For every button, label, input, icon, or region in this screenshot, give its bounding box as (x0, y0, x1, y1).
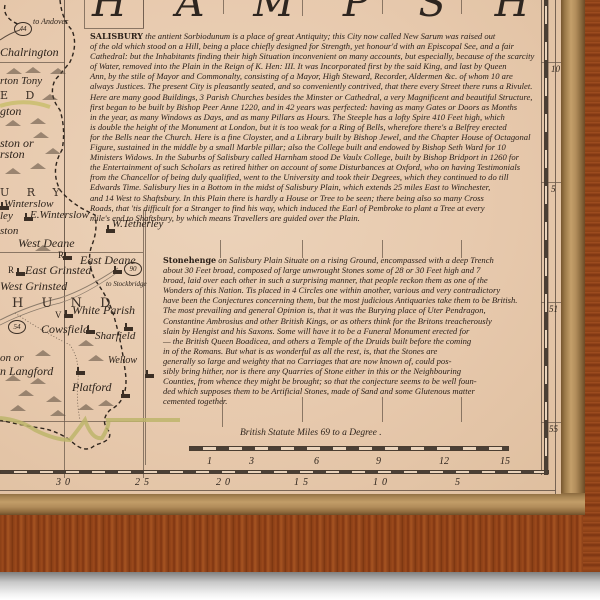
hill-icon (5, 375, 21, 381)
hill-icon (30, 118, 46, 124)
hill-icon (88, 355, 104, 361)
border-tick-label: 5 (551, 184, 556, 194)
map-paper: H A M P S H I R E SALISBURY the antient … (0, 0, 561, 494)
border-tick-label: 51 (549, 304, 558, 314)
label-ston: ston (0, 225, 18, 237)
label-e-winterslow: E.Winterslow (30, 209, 89, 221)
map-linework (0, 0, 561, 494)
church-icon (0, 202, 9, 210)
label-cowsfield: Cowsfield (41, 322, 89, 337)
gilt-slip-bottom (0, 493, 585, 515)
river (0, 418, 180, 440)
hill-icon (50, 68, 66, 74)
hill-icon (45, 148, 61, 154)
hill-icon (35, 245, 51, 251)
church-icon (86, 326, 95, 334)
frame-shadow (0, 572, 600, 600)
hill-icon (78, 340, 94, 346)
scale-tick-label: 9 (376, 456, 381, 467)
church-icon (63, 252, 72, 260)
hill-icon (10, 405, 26, 411)
hill-icon (25, 67, 41, 73)
wooden-frame-right-edge (583, 0, 600, 572)
hill-icon (33, 132, 49, 138)
hill-icon (98, 400, 114, 406)
label-to-stockbridge: to Stockbridge (106, 280, 147, 288)
label-east-grinsted: East Grinsted (25, 263, 91, 278)
church-icon (124, 323, 133, 331)
hill-icon (30, 163, 46, 169)
hill-icon (30, 378, 46, 384)
road-distance-marker: 54 (8, 320, 26, 334)
border-tick-label: 5 (455, 477, 460, 488)
church-icon (24, 213, 33, 221)
label-vicarage-mark: V (55, 310, 62, 320)
road-distance-marker: 44 (14, 22, 32, 36)
church-icon (106, 225, 115, 233)
hill-icon (78, 404, 94, 410)
border-tick-label: 15 (294, 477, 312, 488)
scale-tick-label: 1 (207, 456, 212, 467)
label-on-or: on or (0, 352, 24, 364)
label-sharfield: Sharfield (95, 330, 135, 342)
church-icon (76, 367, 85, 375)
label-white-parish: White Parish (72, 303, 135, 318)
label-wellow: Wellow (108, 355, 137, 366)
church-icon (113, 266, 122, 274)
label-platford: Platford (72, 380, 112, 395)
label-hundred-ed: E D (0, 89, 41, 102)
border-graduation (0, 470, 549, 474)
border-tick-label: 55 (549, 424, 558, 434)
hill-icon (6, 68, 22, 74)
scale-tick-label: 15 (500, 456, 510, 467)
border-tick-label: 30 (56, 477, 74, 488)
church-icon (121, 390, 130, 398)
label-west-grinsted: West Grinsted (0, 279, 67, 294)
border-tick-label: 10 (551, 64, 560, 74)
scale-tick-label: 12 (439, 456, 449, 467)
gilt-slip-right (560, 0, 585, 515)
scale-caption: British Statute Miles 69 to a Degree . (240, 428, 382, 438)
label-to-andover: to Andover (33, 17, 68, 26)
border-tick-label: 10 (373, 477, 391, 488)
label-rston: rston (0, 147, 25, 162)
border-tick-label: 25 (135, 477, 153, 488)
label-rectory-mark: R (8, 265, 14, 275)
border-graduation-right (544, 0, 548, 475)
border-tick-label: 20 (216, 477, 234, 488)
scale-tick-label: 6 (314, 456, 319, 467)
scale-tick-label: 3 (249, 456, 254, 467)
church-icon (16, 268, 25, 276)
church-icon (64, 310, 73, 318)
hill-icon (46, 396, 62, 402)
hill-icon (50, 410, 66, 416)
label-w-tetherley: W.Tetherley (112, 218, 163, 230)
label-gton: gton (0, 104, 21, 119)
label-chalrington: Chalrington (0, 45, 59, 60)
scale-bar (189, 446, 509, 451)
hill-icon (5, 168, 21, 174)
hill-icon (5, 120, 21, 126)
hill-icon (42, 94, 58, 100)
label-burton-tony: rton Tony (0, 75, 42, 87)
hill-icon (35, 350, 51, 356)
hill-icon (18, 390, 34, 396)
label-ley: ley (0, 210, 13, 222)
church-icon (145, 370, 154, 378)
